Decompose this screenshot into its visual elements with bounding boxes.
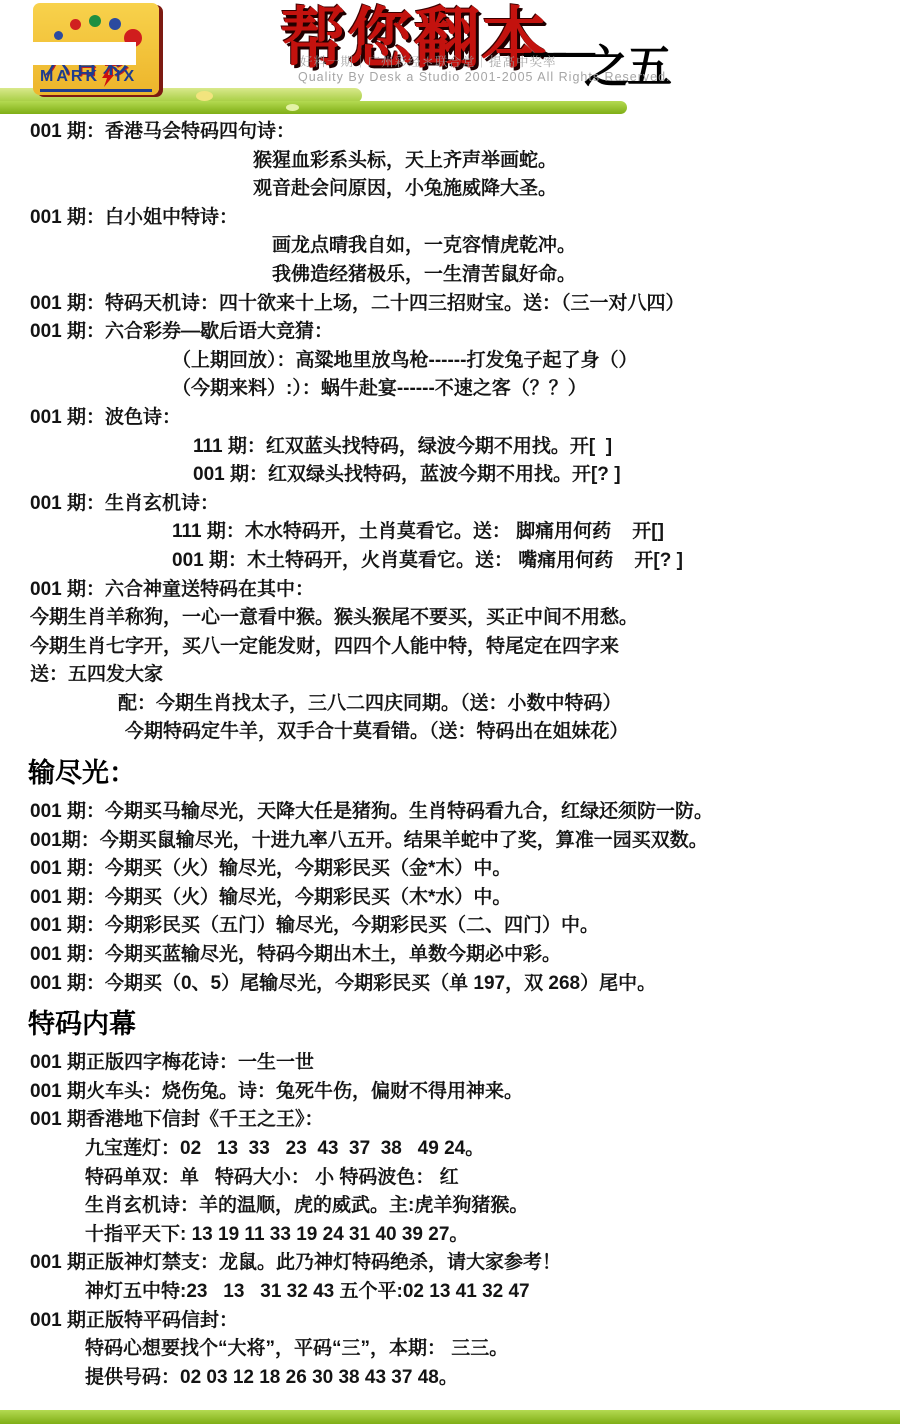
lightning-icon (101, 67, 115, 87)
text-line: 111 期：红双蓝头找特码，绿波今期不用找。开[ ] (0, 433, 900, 462)
bar-dot (196, 91, 213, 101)
logo-six-label: IX (116, 68, 137, 86)
title-suffix: 之五 (584, 30, 670, 95)
logo-mark-row: MARK IX (40, 67, 152, 92)
text-line: 001 期：木土特码开，火肖莫看它。送： 嘴痛用何药 开[? ] (0, 547, 900, 576)
logo-dot (109, 18, 121, 30)
text-line: 神灯五中特:23 13 31 32 43 五个平:02 13 41 32 47 (0, 1278, 900, 1307)
logo-dot (89, 15, 101, 27)
text-line: 001 期火车头：烧伤兔。诗：兔死牛伤，偏财不得用神来。 (0, 1078, 900, 1107)
logo-white-patch (33, 42, 136, 65)
text-line: 001 期：六合神童送特码在其中： (0, 576, 900, 605)
logo-dot (54, 31, 63, 40)
bar-dot (286, 104, 299, 111)
watermark-line2: Quality By Desk a Studio 2001-2005 All R… (298, 70, 671, 84)
text-line: （上期回放）：高粱地里放鸟枪------打发兔子起了身（） (0, 347, 900, 376)
section-title: 输尽光： (0, 756, 900, 790)
text-line: 001 期：六合彩券—歇后语大竞猜： (0, 318, 900, 347)
text-line: 配：今期生肖找太子，三八二四庆同期。（送：小数中特码） (0, 690, 900, 719)
green-bar-bottom (0, 1410, 900, 1424)
text-line: 001 期：白小姐中特诗： (0, 204, 900, 233)
text-line: 001 期：特码天机诗：四十欲来十上场，二十四三招财宝。送：（三一对八四） (0, 290, 900, 319)
content-lines: 001 期：香港马会特码四句诗：猴猩血彩系头标，天上齐声举画蛇。观音赴会问原因，… (0, 118, 900, 1392)
text-line: 送：五四发大家 (0, 661, 900, 690)
section-title: 特码内幕 (0, 1007, 900, 1041)
text-line: 画龙点晴我自如，一克容情虎乾冲。 (0, 232, 900, 261)
text-line: （今期来料）:）：蜗牛赴宴------不速之客（？？） (0, 375, 900, 404)
text-line: 001 期：香港马会特码四句诗： (0, 118, 900, 147)
text-line: 提供号码：02 03 12 18 26 30 38 43 37 48。 (0, 1364, 900, 1393)
green-bar-main (0, 101, 627, 114)
text-line: 我佛造经猪极乐，一生清苦鼠好命。 (0, 261, 900, 290)
text-line: 今期生肖七字开，买八一定能发财，四四个人能中特，特尾定在四字来 (0, 633, 900, 662)
text-line: 001 期：波色诗： (0, 404, 900, 433)
text-line: 001 期香港地下信封《千王之王》： (0, 1106, 900, 1135)
logo-dot (70, 19, 81, 30)
text-line: 001 期：今期买（火）输尽光，今期彩民买（木*水）中。 (0, 884, 900, 913)
text-line: 001 期：今期买（火）输尽光，今期彩民买（金*木）中。 (0, 855, 900, 884)
logo-mark-label: MARK (40, 68, 100, 86)
text-line: 观音赴会问原因，小兔施威降大圣。 (0, 175, 900, 204)
page: 六合彩 MARK IX 好料一期｜广州彩经＊联合堂｜提高中奖率 Quality … (0, 0, 900, 1424)
text-line: 001 期：今期彩民买（五门）输尽光，今期彩民买（二、四门）中。 (0, 912, 900, 941)
text-line: 十指平天下: 13 19 11 33 19 24 31 40 39 27。 (0, 1221, 900, 1250)
text-line: 111 期：木水特码开，土肖莫看它。送： 脚痛用何药 开[] (0, 518, 900, 547)
text-line: 猴猩血彩系头标，天上齐声举画蛇。 (0, 147, 900, 176)
watermark-line1: 好料一期｜广州彩经＊联合堂｜提高中奖率 (300, 52, 557, 70)
text-line: 特码单双：单 特码大小： 小 特码波色： 红 (0, 1164, 900, 1193)
text-line: 生肖玄机诗：羊的温顺，虎的威武。主:虎羊狗猪猴。 (0, 1192, 900, 1221)
text-line: 001 期：今期买蓝输尽光，特码今期出木土，单数今期必中彩。 (0, 941, 900, 970)
text-line: 今期特码定牛羊，双手合十莫看错。（送：特码出在姐妹花） (0, 718, 900, 747)
text-line: 特码心想要找个“大将”，平码“三”，本期： 三三。 (0, 1335, 900, 1364)
text-line: 001 期正版神灯禁支：龙鼠。此乃神灯特码绝杀，请大家参考！ (0, 1249, 900, 1278)
text-line: 001 期正版四字梅花诗：一生一世 (0, 1049, 900, 1078)
mark-six-logo: 六合彩 MARK IX (33, 3, 159, 95)
text-line: 今期生肖羊称狗，一心一意看中猴。猴头猴尾不要买，买正中间不用愁。 (0, 604, 900, 633)
text-line: 001 期正版特平码信封： (0, 1307, 900, 1336)
text-line: 001 期：今期买马输尽光，天降大任是猪狗。生肖特码看九合，红绿还须防一防。 (0, 798, 900, 827)
header: 六合彩 MARK IX 好料一期｜广州彩经＊联合堂｜提高中奖率 Quality … (0, 0, 900, 120)
text-line: 001 期：今期买（0、5）尾输尽光，今期彩民买（单 197，双 268）尾中。 (0, 970, 900, 999)
text-line: 九宝莲灯：02 13 33 23 43 37 38 49 24。 (0, 1135, 900, 1164)
text-line: 001期：今期买鼠输尽光，十进九率八五开。结果羊蛇中了奖，算准一园买双数。 (0, 827, 900, 856)
text-line: 001 期：红双绿头找特码，蓝波今期不用找。开[? ] (0, 461, 900, 490)
text-line: 001 期：生肖玄机诗： (0, 490, 900, 519)
